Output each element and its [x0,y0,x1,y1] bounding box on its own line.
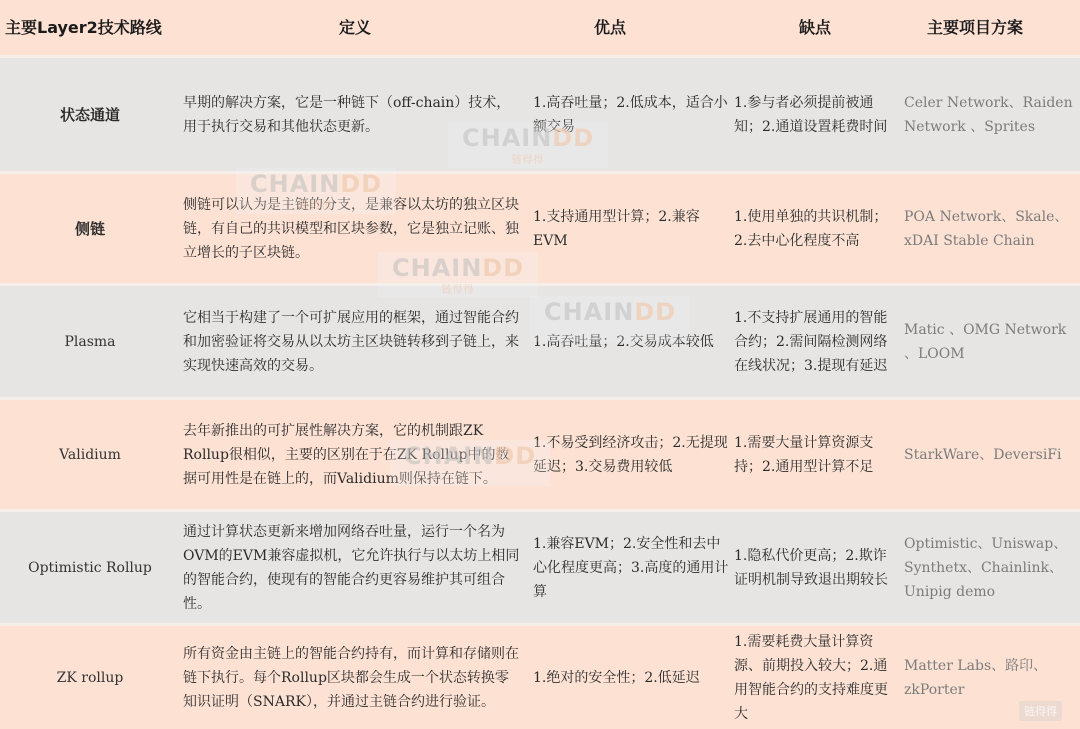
route-pros: 1.兼容EVM；2.安全性和去中心化程度更高；3.高度的通用计算 [530,512,730,623]
header-cons: 缺点 [760,0,870,55]
route-pros: 1.绝对的安全性；2.低延迟 [530,626,730,729]
route-projects: Optimistic、Uniswap、Synthetx、Chainlink、Un… [900,512,1080,623]
route-definition: 通过计算状态更新来增加网络吞吐量，运行一个名为OVM的EVM兼容虚拟机，它允许执… [180,512,530,623]
header-pros: 优点 [460,0,760,55]
table-row: Plasma 它相当于构建了一个可扩展应用的框架，通过智能合约和加密验证将交易从… [0,283,1080,397]
header-route: 主要Layer2技术路线 [0,0,250,55]
table-header: 主要Layer2技术路线 定义 优点 缺点 主要项目方案 [0,0,1080,55]
route-name: Validium [0,400,180,509]
route-definition: 早期的解决方案，它是一种链下（off-chain）技术，用于执行交易和其他状态更… [180,58,530,171]
route-name: Plasma [0,286,180,397]
header-projects: 主要项目方案 [870,0,1080,55]
route-cons: 1.不支持扩展通用的智能合约；2.需间隔检测网络在线状况；3.提现有延迟 [730,286,900,397]
route-projects: Matic 、OMG Network 、LOOM [900,286,1080,397]
route-name: 状态通道 [0,58,180,171]
route-cons: 1.需要大量计算资源支持；2.通用型计算不足 [730,400,900,509]
route-cons: 1.隐私代价更高；2.欺诈证明机制导致退出期较长 [730,512,900,623]
route-cons: 1.使用单独的共识机制；2.去中心化程度不高 [730,174,900,283]
route-pros: 1.支持通用型计算；2.兼容EVM [530,174,730,283]
route-definition: 去年新推出的可扩展性解决方案，它的机制跟ZK Rollup很相似，主要的区别在于… [180,400,530,509]
route-projects: POA Network、Skale、xDAI Stable Chain [900,174,1080,283]
route-name: 侧链 [0,174,180,283]
route-name: Optimistic Rollup [0,512,180,623]
route-cons: 1.需要耗费大量计算资源、前期投入较大；2.通用智能合约的支持难度更大 [730,626,900,729]
route-cons: 1.参与者必须提前被通知；2.通道设置耗费时间 [730,58,900,171]
header-definition: 定义 [250,0,460,55]
route-definition: 它相当于构建了一个可扩展应用的框架，通过智能合约和加密验证将交易从以太坊主区块链… [180,286,530,397]
corner-logo: 链得得 [1019,701,1062,721]
table-row: Validium 去年新推出的可扩展性解决方案，它的机制跟ZK Rollup很相… [0,397,1080,509]
table-row: 状态通道 早期的解决方案，它是一种链下（off-chain）技术，用于执行交易和… [0,55,1080,171]
layer2-comparison-table: 主要Layer2技术路线 定义 优点 缺点 主要项目方案 状态通道 早期的解决方… [0,0,1080,729]
route-name: ZK rollup [0,626,180,729]
route-projects: Celer Network、Raiden Network 、Sprites [900,58,1080,171]
table-row: Optimistic Rollup 通过计算状态更新来增加网络吞吐量，运行一个名… [0,509,1080,623]
table-row: ZK rollup 所有资金由主链上的智能合约持有，而计算和存储则在链下执行。每… [0,623,1080,729]
route-pros: 1.不易受到经济攻击；2.无提现延迟；3.交易费用较低 [530,400,730,509]
route-projects: StarkWare、DeversiFi [900,400,1080,509]
table-row: 侧链 侧链可以认为是主链的分支，是兼容以太坊的独立区块链，有自己的共识模型和区块… [0,171,1080,283]
route-pros: 1.高吞吐量；2.交易成本较低 [530,286,730,397]
route-pros: 1.高吞吐量；2.低成本，适合小额交易 [530,58,730,171]
route-definition: 侧链可以认为是主链的分支，是兼容以太坊的独立区块链，有自己的共识模型和区块参数，… [180,174,530,283]
route-definition: 所有资金由主链上的智能合约持有，而计算和存储则在链下执行。每个Rollup区块都… [180,626,530,729]
